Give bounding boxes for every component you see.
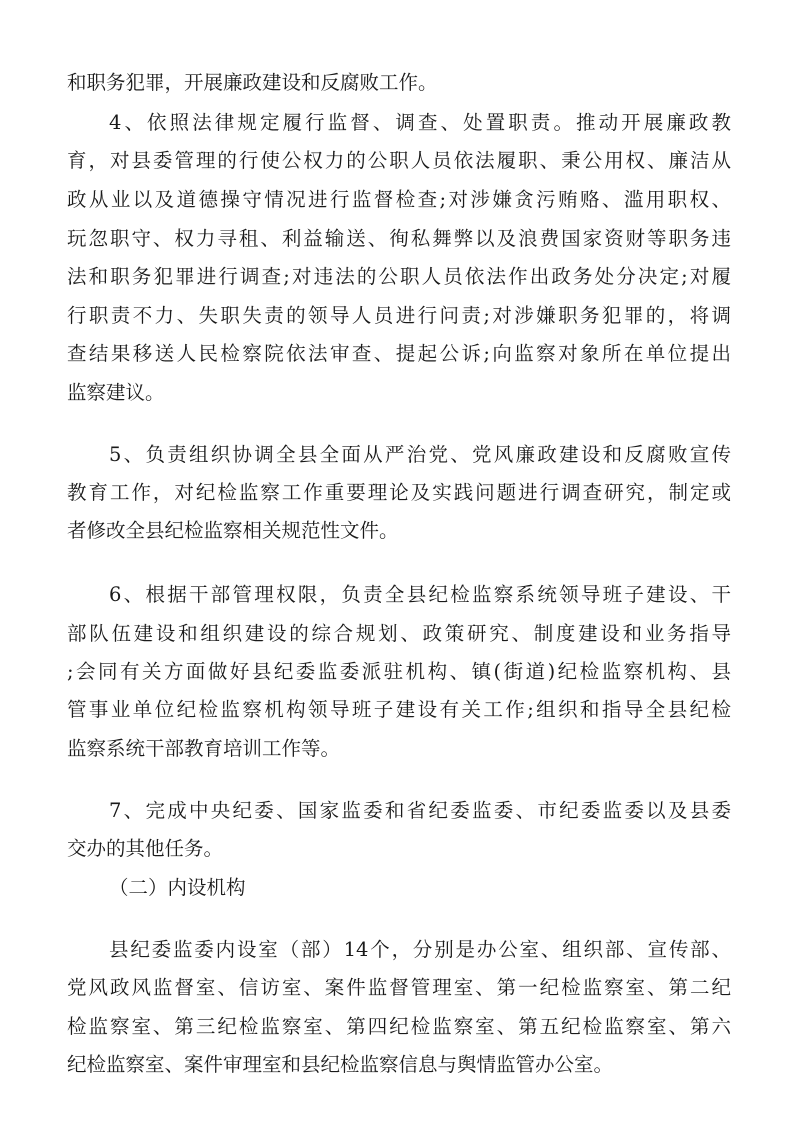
text-line: 6、根据干部管理权限，负责全县纪检监察系统领导班子建设、干 <box>109 580 731 610</box>
text-line: 7、完成中央纪委、国家监委和省纪委监委、市纪委监委以及县委 <box>109 796 731 826</box>
text-line: 5、负责组织协调全县全面从严治党、党风廉政建设和反腐败宣传 <box>109 440 731 470</box>
text-line: 监察系统干部教育培训工作等。 <box>67 734 731 764</box>
text-line: ;会同有关方面做好县纪委监委派驻机构、镇(街道)纪检监察机构、县 <box>67 657 731 687</box>
document-page: 和职务犯罪，开展廉政建设和反腐败工作。4、依照法律规定履行监督、调查、处置职责。… <box>0 0 793 1122</box>
text-line: 县纪委监委内设室（部）14个，分别是办公室、组织部、宣传部、 <box>109 935 731 965</box>
text-line: 教育工作，对纪检监察工作重要理论及实践问题进行调查研究，制定或 <box>67 478 731 508</box>
text-line: 交办的其他任务。 <box>67 834 731 864</box>
text-line: 者修改全县纪检监察相关规范性文件。 <box>67 516 731 546</box>
text-line: 部队伍建设和组织建设的综合规划、政策研究、制度建设和业务指导 <box>67 619 731 649</box>
text-line: 管事业单位纪检监察机构领导班子建设有关工作;组织和指导全县纪检 <box>67 695 731 725</box>
text-line: 法和职务犯罪进行调查;对违法的公职人员依法作出政务处分决定;对履 <box>67 262 731 292</box>
text-line: 4、依照法律规定履行监督、调查、处置职责。推动开展廉政教 <box>109 108 731 138</box>
text-line: 监察建议。 <box>67 378 731 408</box>
text-line: 检监察室、第三纪检监察室、第四纪检监察室、第五纪检监察室、第六 <box>67 1012 731 1042</box>
text-line: 行职责不力、失职失责的领导人员进行问责;对涉嫌职务犯罪的，将调 <box>67 301 731 331</box>
text-line: 和职务犯罪，开展廉政建设和反腐败工作。 <box>67 68 731 98</box>
text-line: 玩忽职守、权力寻租、利益输送、徇私舞弊以及浪费国家资财等职务违 <box>67 224 731 254</box>
text-line: 政从业以及道德操守情况进行监督检查;对涉嫌贪污贿赂、滥用职权、 <box>67 185 731 215</box>
section-heading: （二）内设机构 <box>109 873 409 903</box>
text-line: 党风政风监督室、信访室、案件监督管理室、第一纪检监察室、第二纪 <box>67 973 731 1003</box>
text-line: 查结果移送人民检察院依法审查、提起公诉;向监察对象所在单位提出 <box>67 339 731 369</box>
text-line: 纪检监察室、案件审理室和县纪检监察信息与舆情监管办公室。 <box>67 1050 731 1080</box>
text-line: 育，对县委管理的行使公权力的公职人员依法履职、秉公用权、廉洁从 <box>67 146 731 176</box>
